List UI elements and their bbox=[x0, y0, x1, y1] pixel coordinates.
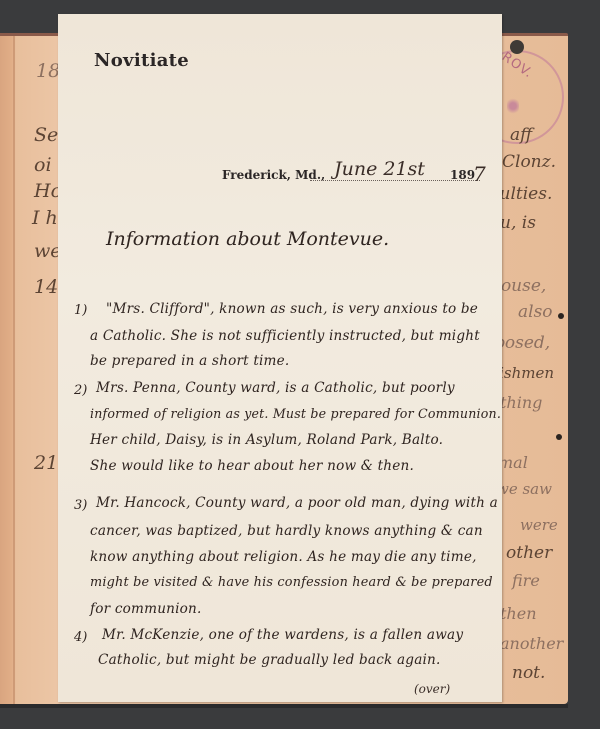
bg-fragment: Se bbox=[34, 124, 58, 146]
bg-fragment: aff bbox=[510, 125, 532, 145]
binding-hole bbox=[510, 40, 524, 54]
item-line: "Mrs. Clifford", known as such, is very … bbox=[106, 301, 550, 317]
item-line: Mrs. Penna, County ward, is a Catholic, … bbox=[96, 380, 540, 396]
item-line: She would like to hear about her now & t… bbox=[90, 458, 534, 474]
handwritten-date: June 21st bbox=[334, 158, 425, 180]
bg-fragment: 18 bbox=[36, 60, 60, 82]
ink-dot bbox=[558, 313, 564, 319]
item-line: a Catholic. She is not sufficiently inst… bbox=[90, 328, 534, 344]
letter-heading: Information about Montevue. bbox=[106, 228, 550, 250]
bg-fragment: I h bbox=[32, 207, 58, 229]
item-line: for communion. bbox=[90, 601, 534, 617]
stamp-emblem-icon bbox=[507, 97, 519, 115]
book-spine bbox=[13, 36, 15, 704]
item-line: know anything about religion. As he may … bbox=[90, 549, 534, 565]
bg-fragment: Clonz. bbox=[502, 152, 556, 172]
item-line: might be visited & have his confession h… bbox=[90, 575, 534, 590]
continued-over-note: (over) bbox=[414, 682, 450, 696]
handwritten-year-digit: 7 bbox=[473, 162, 486, 186]
letter-sheet: Novitiate Frederick, Md., June 21st 189 … bbox=[58, 14, 502, 702]
item-line: Mr. McKenzie, one of the wardens, is a f… bbox=[102, 627, 546, 643]
item-line: cancer, was baptized, but hardly knows a… bbox=[90, 523, 534, 539]
dateline: Frederick, Md., June 21st 189 7 bbox=[222, 160, 492, 186]
bg-fragment: oi bbox=[34, 154, 52, 176]
printed-year: 189 bbox=[450, 168, 475, 182]
letterhead: Novitiate bbox=[94, 50, 189, 71]
item-line: be prepared in a short time. bbox=[90, 353, 534, 369]
ink-dot bbox=[556, 434, 562, 440]
item-line: Her child, Daisy, is in Asylum, Roland P… bbox=[90, 432, 534, 448]
item-line: Catholic, but might be gradually led bac… bbox=[98, 652, 542, 668]
item-line: informed of religion as yet. Must be pre… bbox=[90, 406, 534, 421]
item-line: Mr. Hancock, County ward, a poor old man… bbox=[96, 495, 540, 511]
